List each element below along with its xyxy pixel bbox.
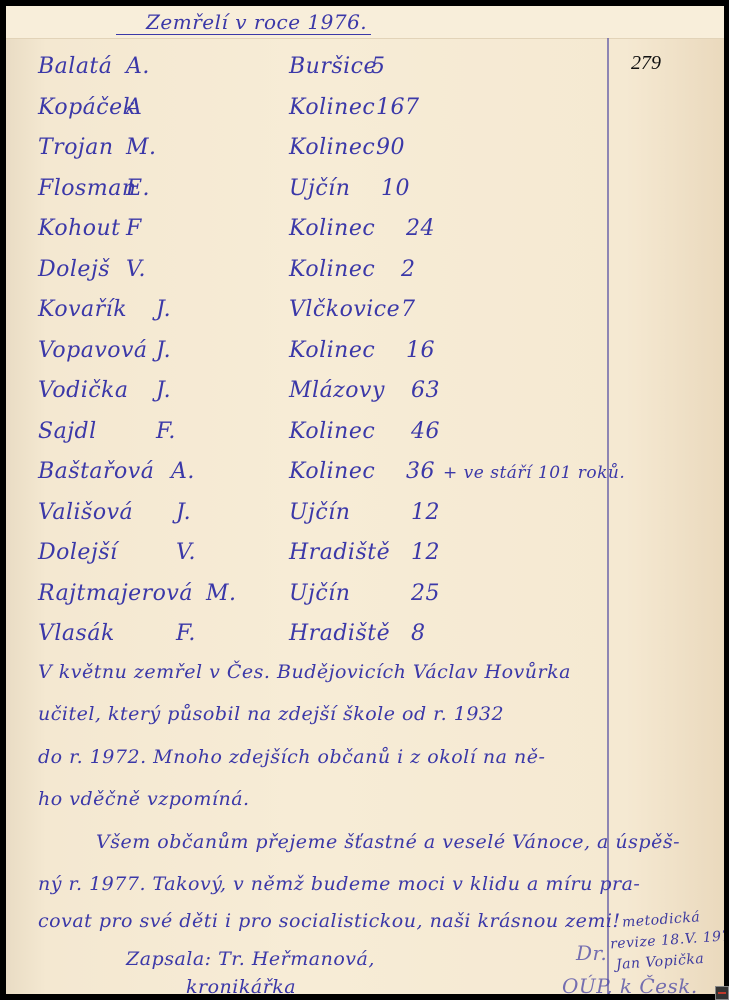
surname: Vališová: [38, 500, 133, 525]
place: Kolinec: [289, 338, 375, 363]
initial: F.: [156, 419, 176, 444]
place: Kolinec: [289, 257, 375, 282]
paragraph-line: učitel, který působil na zdejší škole od…: [38, 703, 504, 725]
house-number: 63: [411, 378, 440, 403]
house-number: 7: [401, 297, 416, 322]
initial: F.: [176, 621, 196, 646]
surname: Dolejší: [38, 540, 118, 565]
initial: M.: [126, 135, 157, 160]
surname: Dolejš: [38, 257, 110, 282]
surname: Baštařová: [38, 459, 154, 484]
place: Ujčín: [289, 176, 350, 201]
surname: Vodička: [38, 378, 129, 403]
house-number: 90: [376, 135, 405, 160]
initial: V.: [176, 540, 196, 565]
initial: V.: [126, 257, 146, 282]
paragraph-line: Všem občanům přejeme šťastné a veselé Vá…: [96, 831, 680, 853]
initial: J.: [156, 297, 171, 322]
house-number: 24: [406, 216, 435, 241]
margin-note-line: Jan Vopička: [616, 951, 705, 973]
place: Kolinec: [289, 95, 375, 120]
surname: Vopavová: [38, 338, 148, 363]
initial: J.: [156, 378, 171, 403]
page-title: Zemřelí v roce 1976.: [116, 10, 371, 35]
house-number: 2: [401, 257, 416, 282]
house-number: 12: [411, 500, 440, 525]
initial: F: [126, 216, 142, 241]
paragraph-line: ný r. 1977. Takový, v němž budeme moci v…: [38, 873, 640, 895]
house-number: 8: [411, 621, 426, 646]
surname: Kopáček: [38, 95, 136, 120]
margin-note-initials: Dr.: [576, 941, 607, 965]
paragraph-line: covat pro své děti i pro socialistickou,…: [38, 910, 621, 932]
initial: A.: [126, 54, 150, 79]
house-number: 25: [411, 581, 440, 606]
initial: J.: [156, 338, 171, 363]
surname: Sajdl: [38, 419, 97, 444]
place: Kolinec: [289, 419, 375, 444]
record-note: + ve stáří 101 roků.: [443, 463, 625, 483]
surname: Vlasák: [38, 621, 115, 646]
minimize-icon[interactable]: [715, 986, 729, 1000]
initial: M.: [206, 581, 237, 606]
chronicle-page: Zemřelí v roce 1976. 279 BalatáA.Buršice…: [6, 6, 724, 994]
paragraph-line: ho vděčně vzpomíná.: [38, 788, 250, 810]
house-number: 16: [406, 338, 435, 363]
house-number: 5: [371, 54, 386, 79]
initial: E.: [126, 176, 150, 201]
initial: J.: [176, 500, 191, 525]
house-number: 10: [381, 176, 410, 201]
place: Hradiště: [289, 540, 390, 565]
signature-role: kronikářka: [186, 976, 296, 994]
place: Kolinec: [289, 459, 375, 484]
house-number: 12: [411, 540, 440, 565]
initial: A.: [171, 459, 195, 484]
margin-note-line: metodická: [622, 909, 701, 930]
place: Mlázovy: [289, 378, 385, 403]
place: Hradiště: [289, 621, 390, 646]
place: Kolinec: [289, 216, 375, 241]
place: Buršice: [289, 54, 377, 79]
surname: Flosman: [38, 176, 136, 201]
house-number: 46: [411, 419, 440, 444]
surname: Kovařík: [38, 297, 127, 322]
margin-note-line: revize 18.V. 1977: [610, 927, 724, 952]
house-number: 36: [406, 459, 435, 484]
surname: Kohout: [38, 216, 121, 241]
place: Ujčín: [289, 581, 350, 606]
paragraph-line: do r. 1972. Mnoho zdejších občanů i z ok…: [38, 746, 545, 768]
place: Ujčín: [289, 500, 350, 525]
margin-note-stamp: OÚP, k Česk.: [562, 974, 698, 994]
surname: Balatá: [38, 54, 112, 79]
house-number: 167: [376, 95, 420, 120]
surname: Trojan: [38, 135, 114, 160]
surname: Rajtmajerová: [38, 581, 193, 606]
place: Kolinec: [289, 135, 375, 160]
signature-writer: Zapsala: Tr. Heřmanová,: [126, 948, 375, 970]
page-number: 279: [631, 52, 661, 75]
paragraph-line: V květnu zemřel v Čes. Budějovicích Václ…: [38, 661, 571, 683]
place: Vlčkovice: [289, 297, 400, 322]
initial: A: [126, 95, 142, 120]
